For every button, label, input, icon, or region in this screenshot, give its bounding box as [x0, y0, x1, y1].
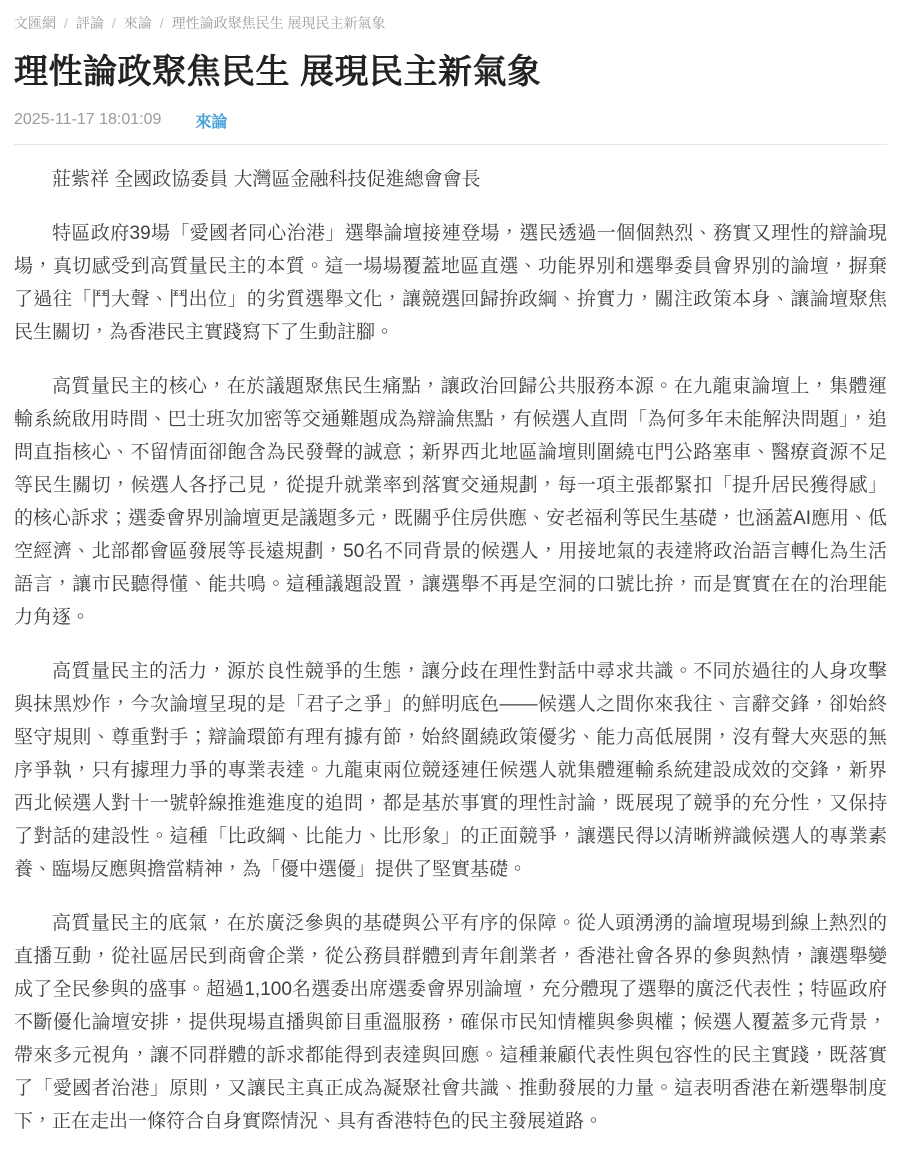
- breadcrumb-separator: /: [64, 15, 68, 31]
- article-paragraph: 高質量民主的活力，源於良性競爭的生態，讓分歧在理性對話中尋求共識。不同於過往的人…: [14, 655, 887, 886]
- breadcrumb-separator: /: [160, 15, 164, 31]
- breadcrumb-item[interactable]: 文匯網: [14, 15, 56, 31]
- page-title: 理性論政聚焦民生 展現民主新氣象: [14, 52, 887, 93]
- article-paragraph: 特區政府39場「愛國者同心治港」選舉論壇接連登場，選民透過一個個熱烈、務實又理性…: [14, 217, 887, 349]
- publish-date: 2025-11-17 18:01:09: [14, 111, 161, 129]
- breadcrumb-separator: /: [112, 15, 116, 31]
- author-line: 莊紫祥 全國政協委員 大灣區金融科技促進總會會長: [14, 163, 887, 196]
- article-paragraph: 高質量民主的底氣，在於廣泛參與的基礎與公平有序的保障。從人頭湧湧的論壇現場到線上…: [14, 907, 887, 1138]
- article-page: 文匯網/評論/來論/理性論政聚焦民生 展現民主新氣象 理性論政聚焦民生 展現民主…: [0, 0, 901, 1158]
- article-paragraph: 高質量民主的核心，在於議題聚焦民生痛點，讓政治回歸公共服務本源。在九龍東論壇上，…: [14, 370, 887, 634]
- breadcrumb-current: 理性論政聚焦民生 展現民主新氣象: [172, 15, 386, 31]
- category-link[interactable]: 來論: [195, 109, 227, 132]
- breadcrumb-item[interactable]: 來論: [124, 15, 152, 31]
- article-meta: 2025-11-17 18:01:09 來論: [14, 109, 887, 132]
- article-body: 莊紫祥 全國政協委員 大灣區金融科技促進總會會長 特區政府39場「愛國者同心治港…: [14, 163, 887, 1138]
- breadcrumb-item[interactable]: 評論: [76, 15, 104, 31]
- header-divider: [14, 144, 887, 145]
- breadcrumb: 文匯網/評論/來論/理性論政聚焦民生 展現民主新氣象: [14, 14, 887, 32]
